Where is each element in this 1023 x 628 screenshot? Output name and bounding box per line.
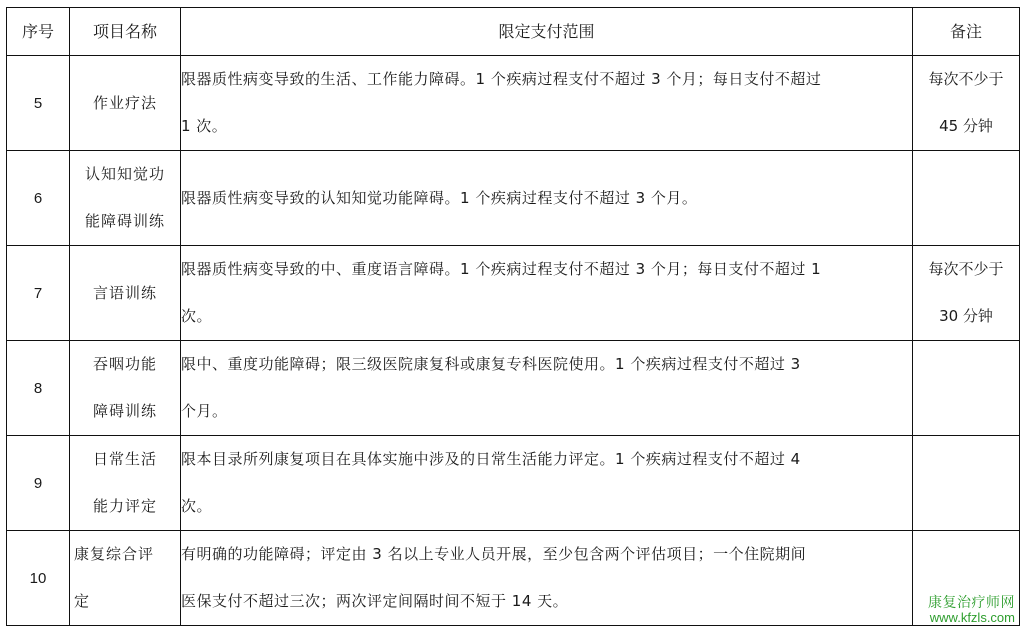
row-payment-scope: 限器质性病变导致的生活、工作能力障碍。1 个疾病过程支付不超过 3 个月；每日支… xyxy=(181,56,913,151)
table-row: 8 吞咽功能 障碍训练 限中、重度功能障碍；限三级医院康复科或康复专科医院使用。… xyxy=(7,341,1020,436)
scope-line: 1 次。 xyxy=(181,103,912,150)
item-name-line: 定 xyxy=(74,578,180,625)
item-name-line: 言语训练 xyxy=(70,270,180,317)
table-row: 5 作业疗法 限器质性病变导致的生活、工作能力障碍。1 个疾病过程支付不超过 3… xyxy=(7,56,1020,151)
row-payment-scope: 限器质性病变导致的中、重度语言障碍。1 个疾病过程支付不超过 3 个月；每日支付… xyxy=(181,246,913,341)
site-watermark: 康复治疗师网 www.kfzls.com xyxy=(928,595,1015,625)
scope-line: 限中、重度功能障碍；限三级医院康复科或康复专科医院使用。1 个疾病过程支付不超过… xyxy=(181,341,912,388)
table-row: 7 言语训练 限器质性病变导致的中、重度语言障碍。1 个疾病过程支付不超过 3 … xyxy=(7,246,1020,341)
row-item-name: 认知知觉功 能障碍训练 xyxy=(70,151,181,246)
row-index: 9 xyxy=(7,436,70,531)
row-note: 每次不少于 30 分钟 xyxy=(913,246,1020,341)
note-line: 每次不少于 xyxy=(913,56,1019,103)
row-note xyxy=(913,151,1020,246)
header-note: 备注 xyxy=(913,8,1020,56)
row-item-name: 吞咽功能 障碍训练 xyxy=(70,341,181,436)
scope-line: 限本目录所列康复项目在具体实施中涉及的日常生活能力评定。1 个疾病过程支付不超过… xyxy=(181,436,912,483)
row-note xyxy=(913,436,1020,531)
row-payment-scope: 有明确的功能障碍；评定由 3 名以上专业人员开展，至少包含两个评估项目；一个住院… xyxy=(181,531,913,626)
rehab-payment-scope-table: 序号 项目名称 限定支付范围 备注 5 作业疗法 限器质性病变导致的生活、工作能… xyxy=(6,7,1020,626)
row-index: 5 xyxy=(7,56,70,151)
row-index: 6 xyxy=(7,151,70,246)
item-name-line: 康复综合评 xyxy=(74,531,180,578)
row-index: 8 xyxy=(7,341,70,436)
table-row: 6 认知知觉功 能障碍训练 限器质性病变导致的认知知觉功能障碍。1 个疾病过程支… xyxy=(7,151,1020,246)
item-name-line: 认知知觉功 xyxy=(70,151,180,198)
note-line: 30 分钟 xyxy=(913,293,1019,340)
watermark-site-name: 康复治疗师网 xyxy=(928,595,1015,610)
row-index: 10 xyxy=(7,531,70,626)
scope-line: 次。 xyxy=(181,483,912,530)
table-header-row: 序号 项目名称 限定支付范围 备注 xyxy=(7,8,1020,56)
scope-line: 限器质性病变导致的中、重度语言障碍。1 个疾病过程支付不超过 3 个月；每日支付… xyxy=(181,246,912,293)
row-payment-scope: 限器质性病变导致的认知知觉功能障碍。1 个疾病过程支付不超过 3 个月。 xyxy=(181,151,913,246)
row-note: 康复治疗师网 www.kfzls.com xyxy=(913,531,1020,626)
note-line: 每次不少于 xyxy=(913,246,1019,293)
scope-line: 医保支付不超过三次；两次评定间隔时间不短于 14 天。 xyxy=(181,578,912,625)
item-name-line: 障碍训练 xyxy=(70,388,180,435)
item-name-line: 能障碍训练 xyxy=(70,198,180,245)
header-payment-scope: 限定支付范围 xyxy=(181,8,913,56)
row-note: 每次不少于 45 分钟 xyxy=(913,56,1020,151)
row-item-name: 康复综合评 定 xyxy=(70,531,181,626)
note-line: 45 分钟 xyxy=(913,103,1019,150)
item-name-line: 作业疗法 xyxy=(70,80,180,127)
row-payment-scope: 限中、重度功能障碍；限三级医院康复科或康复专科医院使用。1 个疾病过程支付不超过… xyxy=(181,341,913,436)
item-name-line: 能力评定 xyxy=(70,483,180,530)
row-item-name: 作业疗法 xyxy=(70,56,181,151)
header-item-name: 项目名称 xyxy=(70,8,181,56)
item-name-line: 吞咽功能 xyxy=(70,341,180,388)
row-item-name: 日常生活 能力评定 xyxy=(70,436,181,531)
row-note xyxy=(913,341,1020,436)
row-index: 7 xyxy=(7,246,70,341)
scope-line: 次。 xyxy=(181,293,912,340)
scope-line: 限器质性病变导致的认知知觉功能障碍。1 个疾病过程支付不超过 3 个月。 xyxy=(181,175,912,222)
header-index: 序号 xyxy=(7,8,70,56)
watermark-url: www.kfzls.com xyxy=(928,610,1015,625)
table-row: 9 日常生活 能力评定 限本目录所列康复项目在具体实施中涉及的日常生活能力评定。… xyxy=(7,436,1020,531)
scope-line: 限器质性病变导致的生活、工作能力障碍。1 个疾病过程支付不超过 3 个月；每日支… xyxy=(181,56,912,103)
scope-line: 个月。 xyxy=(181,388,912,435)
table-row: 10 康复综合评 定 有明确的功能障碍；评定由 3 名以上专业人员开展，至少包含… xyxy=(7,531,1020,626)
scope-line: 有明确的功能障碍；评定由 3 名以上专业人员开展，至少包含两个评估项目；一个住院… xyxy=(181,531,912,578)
item-name-line: 日常生活 xyxy=(70,436,180,483)
row-payment-scope: 限本目录所列康复项目在具体实施中涉及的日常生活能力评定。1 个疾病过程支付不超过… xyxy=(181,436,913,531)
row-item-name: 言语训练 xyxy=(70,246,181,341)
